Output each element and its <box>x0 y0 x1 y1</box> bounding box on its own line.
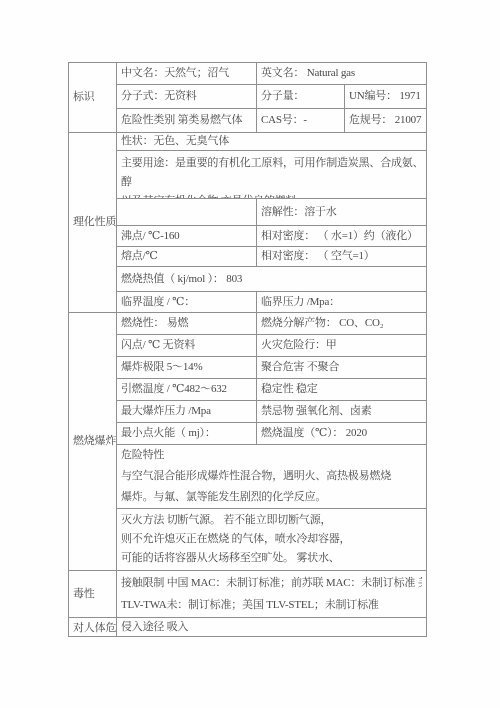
document-page: 标识 中文名：天然气；沼气 英文名： Natural gas 分子式：无资料 分… <box>0 0 500 708</box>
cell-exposure-limit: 接触限制 中国 MAC：未制订标准；前苏联 MAC：未制订标准 美国 TLV-T… <box>117 571 427 618</box>
fire-fighting-line-3: 可能的话将容器从火场移至空旷处。 雾状水、 <box>121 549 422 568</box>
cell-regulation-number: 危规号： 21007 <box>345 109 427 133</box>
section-header-identification: 标识 <box>69 63 117 133</box>
hazard-line-2: 爆炸。与氟、氯等能发生剧烈的化学反应。 <box>121 487 422 508</box>
exposure-limit-line-2: TLV-TWA未：制订标准；美国 TLV-STEL；未制订标准 <box>121 594 422 616</box>
cell-hazard-characteristics: 危险特性 与空气混合能形成爆炸性混合物，遇明火、高热极易燃烧 爆炸。与氟、氯等能… <box>117 445 427 509</box>
cell-boiling-point: 沸点/ ℃-160 <box>117 226 257 247</box>
cell-flammability: 燃烧性： 易燃 <box>117 313 257 335</box>
cell-relative-density-water: 相对密度： （ 水=1）约（液化） <box>257 226 427 247</box>
cell-min-ignition-energy: 最小点火能（ mj）： <box>117 423 257 445</box>
cell-exposure-route: 侵入途径 吸入 <box>117 618 427 637</box>
cell-english-name: 英文名： Natural gas <box>257 63 427 85</box>
cell-molecular-formula: 分子式：无资料 <box>117 85 257 109</box>
cell-solubility: 溶解性：溶于水 <box>257 199 427 226</box>
cell-molecular-weight: 分子量： <box>257 85 345 109</box>
cell-polymerization: 聚合危害 不聚合 <box>257 357 427 379</box>
cell-melting-point: 熔点/℃ <box>117 247 257 267</box>
section-header-toxicity: 毒性 <box>69 571 117 618</box>
cell-explosion-limit: 爆炸极限 5～14% <box>117 357 257 379</box>
fire-fighting-line-1: 灭火方法 切断气源。 若不能立即切断气源， <box>121 511 422 530</box>
msds-table: 标识 中文名：天然气；沼气 英文名： Natural gas 分子式：无资料 分… <box>68 62 427 637</box>
cell-incompatibles: 禁忌物 强氧化剂、卤素 <box>257 401 427 423</box>
hazard-line-title: 危险特性 <box>121 445 422 466</box>
exposure-limit-line-1: 接触限制 中国 MAC：未制订标准；前苏联 MAC：未制订标准 美国 <box>121 572 422 594</box>
cell-hazard-class: 危险性类别 第类易燃气体 <box>117 109 257 133</box>
main-use-line-1: 主要用途：是重要的有机化工原料，可用作制造炭黑、合成氨、甲 <box>121 154 422 173</box>
main-use-line-2: 醇 <box>121 173 422 192</box>
fire-fighting-line-2: 则不允许熄灭正在燃烧 的气体，喷水冷却容器， <box>121 530 422 549</box>
cell-fire-fighting: 灭火方法 切断气源。 若不能立即切断气源， 则不允许熄灭正在燃烧 的气体，喷水冷… <box>117 509 427 571</box>
main-use-line-3-clipped: 以及其它有机化合物 亦是优良的燃料 <box>121 192 422 198</box>
section-header-physical-chemical: 理化性质 <box>69 133 117 313</box>
cell-chinese-name: 中文名：天然气；沼气 <box>117 63 257 85</box>
cell-fire-hazard-class: 火灾危险行：甲 <box>257 335 427 357</box>
cell-empty <box>117 199 257 226</box>
hazard-line-1: 与空气混合能形成爆炸性混合物，遇明火、高热极易燃烧 <box>121 466 422 487</box>
cell-combustion-temp: 燃烧温度（℃）： 2020 <box>257 423 427 445</box>
cell-flash-point: 闪点/ ℃ 无资料 <box>117 335 257 357</box>
cell-ignition-temp: 引燃温度 / ℃482～632 <box>117 379 257 401</box>
cell-heat-value: 燃烧热值（ kj/mol ）： 803 <box>117 267 427 292</box>
cell-critical-temp: 临界温度 / ℃： <box>117 292 257 313</box>
cell-critical-pressure: 临界压力 /Mpa： <box>257 292 427 313</box>
cell-max-explosion-pressure: 最大爆炸压力 /Mpa <box>117 401 257 423</box>
cell-main-use: 主要用途：是重要的有机化工原料，可用作制造炭黑、合成氨、甲 醇 以及其它有机化合… <box>117 151 427 199</box>
cell-stability: 稳定性 稳定 <box>257 379 427 401</box>
section-header-fire-explosion: 燃烧爆炸危险性 <box>69 313 117 571</box>
cell-un-number: UN编号： 1971 <box>345 85 427 109</box>
cell-relative-density-air: 相对密度： （ 空气=1） <box>257 247 427 267</box>
cell-combustion-products: 燃烧分解产物： CO、CO₂ <box>257 313 427 335</box>
cell-cas-number: CAS号：- <box>257 109 345 133</box>
section-header-human-hazard: 对人体危 <box>69 618 117 637</box>
cell-appearance: 性状：无色、无臭气体 <box>117 133 427 151</box>
